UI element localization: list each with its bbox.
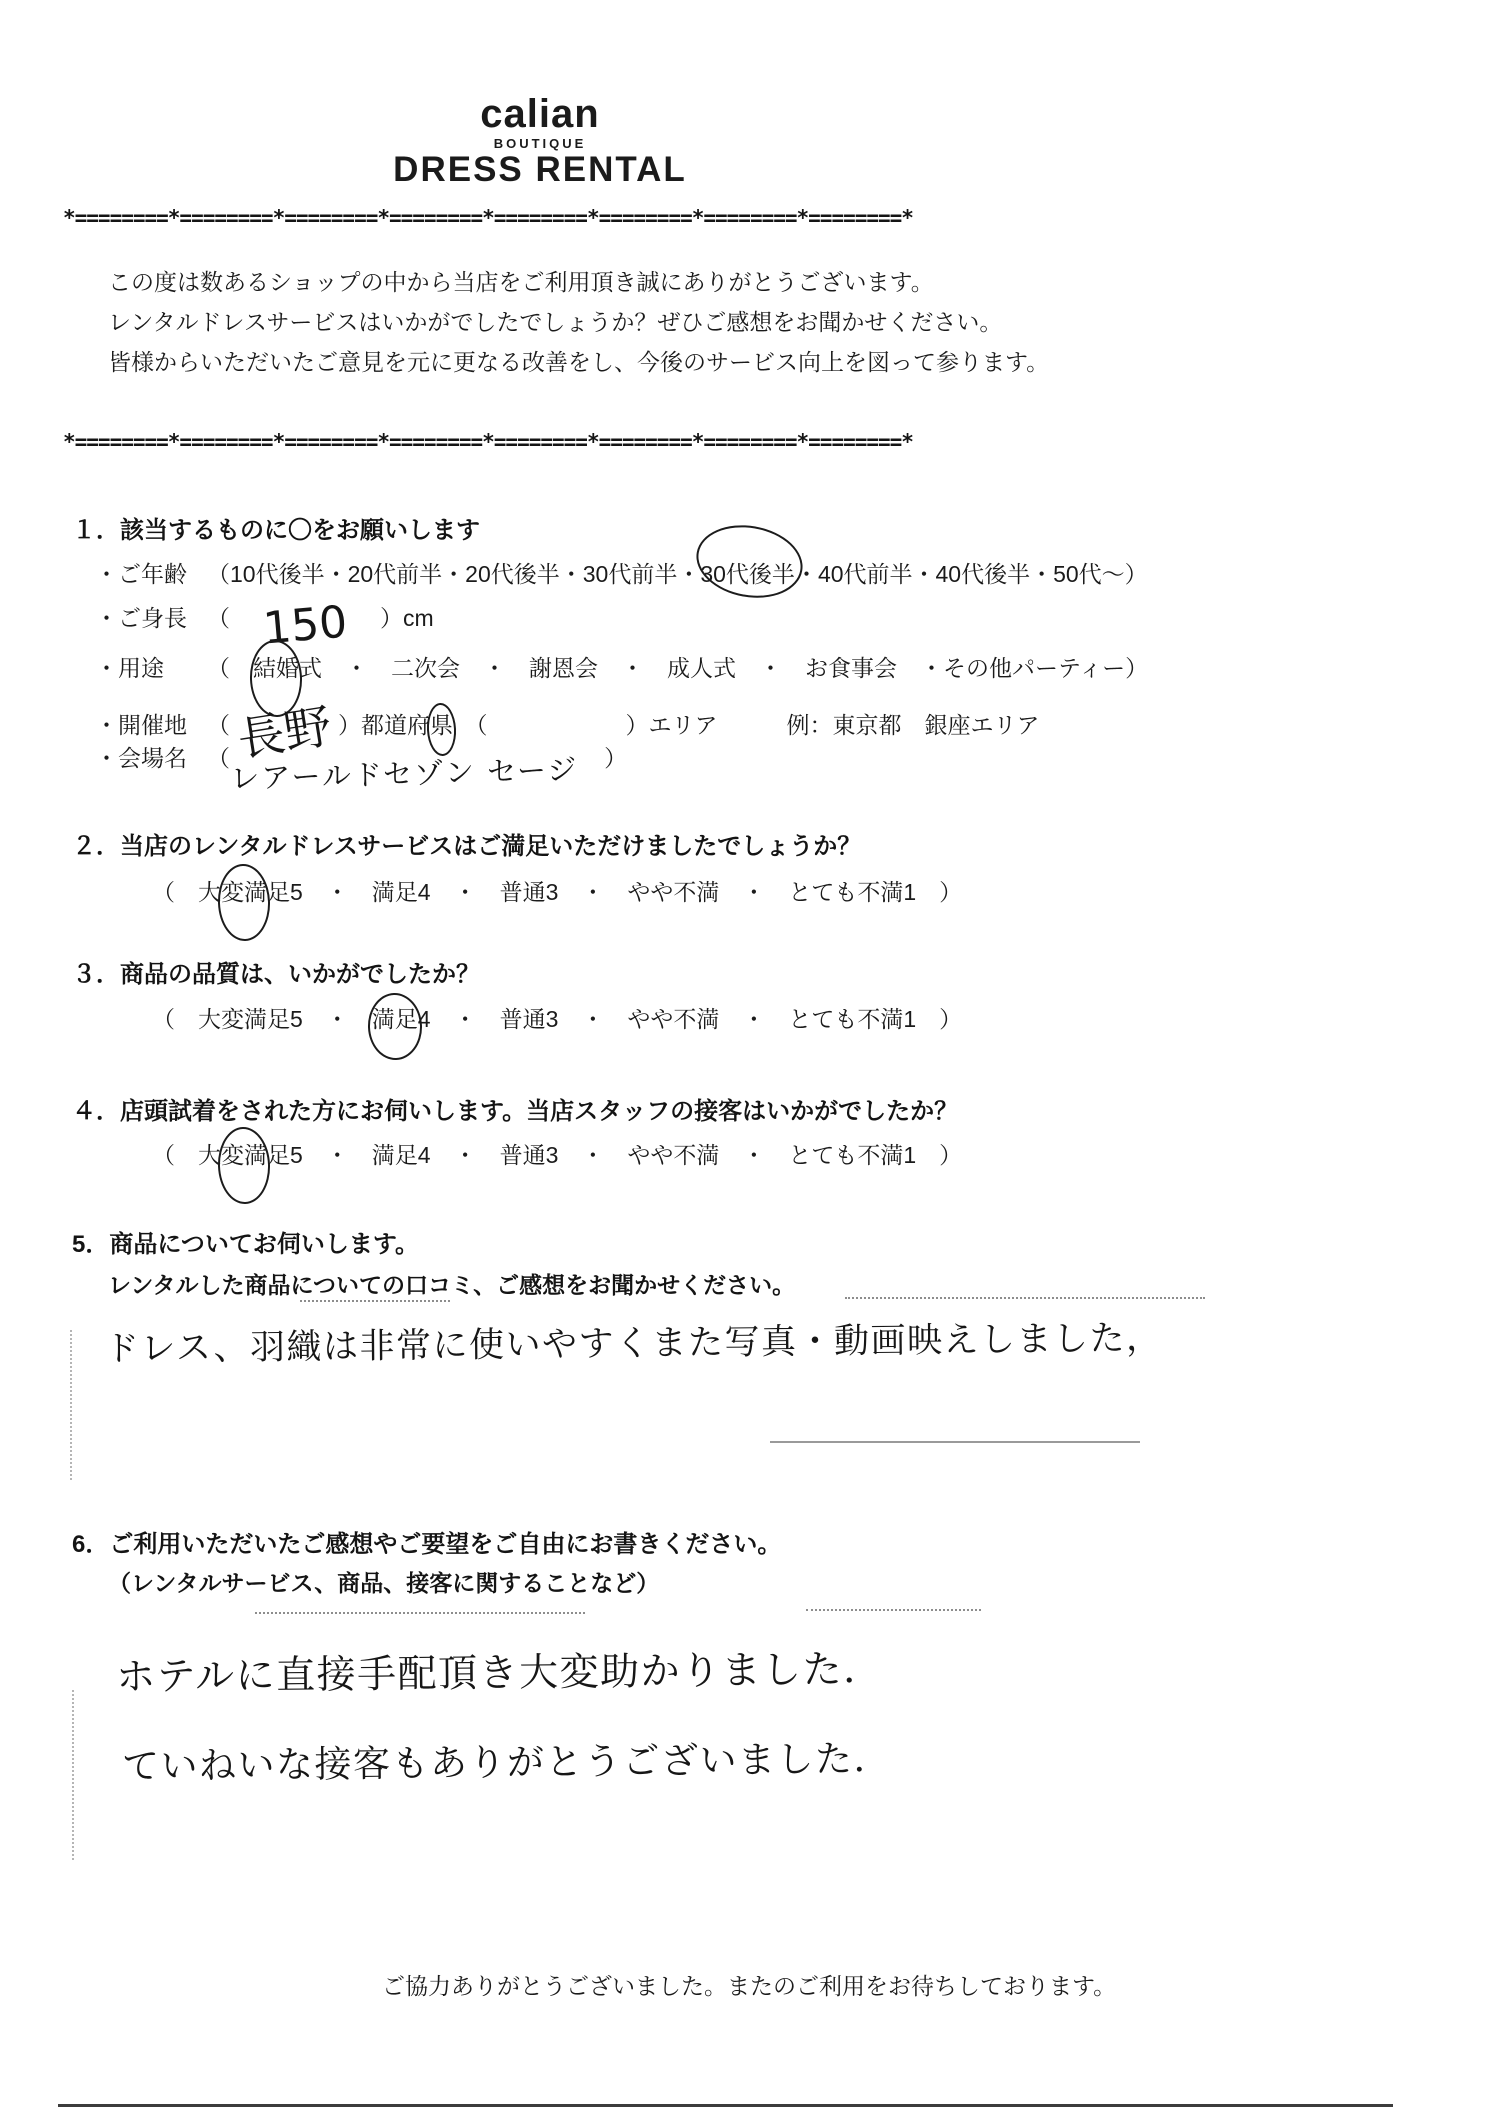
intro-line-3: 皆様からいただいたご意見を元に更なる改善をし、今後のサービス向上を図って参ります… xyxy=(108,342,1049,382)
scan-artifact-line xyxy=(300,1300,450,1302)
q4-options-row: （ 大変満足5 ・ 満足4 ・ 普通3 ・ やや不満 ・ とても不満1 ） xyxy=(152,1137,962,1170)
intro-paragraph: この度は数あるショップの中から当店をご利用頂き誠にありがとうございます。 レンタ… xyxy=(108,262,1049,382)
brand-logo: calian xyxy=(0,94,1080,134)
scan-artifact-line xyxy=(255,1612,585,1614)
q2-options-row: （ 大変満足5 ・ 満足4 ・ 普通3 ・ やや不満 ・ とても不満1 ） xyxy=(152,874,962,907)
handwritten-circle-mark: 変満 xyxy=(221,874,267,907)
handwritten-circle-mark: 満足 xyxy=(372,1001,418,1034)
text-segment: （ ）エリア 例：東京都 銀座エリア xyxy=(453,712,1040,738)
q1-purpose-options: （ 結婚式 ・ 二次会 ・ 謝恩会 ・ 成人式 ・ お食事会 ・その他パーティー… xyxy=(207,655,1148,681)
scan-artifact-line xyxy=(845,1297,1205,1299)
handwritten-circle-mark: 県 xyxy=(430,707,453,740)
q5-subtitle: レンタルした商品についての口コミ、ご感想をお聞かせください。 xyxy=(108,1267,795,1300)
handwritten-circle-mark: 30代後半 xyxy=(700,556,795,589)
text-segment: 式 ・ 二次会 ・ 謝恩会 ・ 成人式 ・ お食事会 ・その他パーティー） xyxy=(299,655,1148,681)
q1-venue-row: ・会場名（レアールドセゾン セージ） xyxy=(95,740,627,783)
scan-artifact-line xyxy=(770,1441,1140,1443)
q1-place-label: ・開催地 xyxy=(95,707,207,740)
q1-age-row: ・ご年齢（10代後半・20代前半・20代後半・30代前半・30代後半・40代前半… xyxy=(95,556,1148,589)
document-title: DRESS RENTAL xyxy=(0,152,1080,187)
scan-artifact-line xyxy=(70,1330,72,1480)
scan-edge-line xyxy=(58,2104,1393,2107)
text-segment: （ 大 xyxy=(152,1142,221,1168)
q1-age-options: （10代後半・20代前半・20代後半・30代前半・30代後半・40代前半・40代… xyxy=(207,561,1148,587)
intro-line-2: レンタルドレスサービスはいかがでしたでしょうか？ぜひご感想をお聞かせください。 xyxy=(108,302,1049,342)
handwritten-q5-answer: ドレス、羽織は非常に使いやすくまた写真・動画映えしました， xyxy=(104,1310,1163,1371)
q1-age-label: ・ご年齢 xyxy=(95,556,207,589)
text-segment: 都道府 xyxy=(361,712,430,738)
separator-line-top: *========*========*========*========*===… xyxy=(63,206,913,230)
text-segment: （ 大 xyxy=(152,879,221,905)
separator-line-bottom: *========*========*========*========*===… xyxy=(63,430,913,454)
q3-title: ３．商品の品質は、いかがでしたか？ xyxy=(72,954,480,989)
close-paren: ） xyxy=(604,745,627,771)
handwritten-q6-answer-line-1: ホテルに直接手配頂き大変助かりました． xyxy=(116,1638,884,1702)
close-paren: ） xyxy=(380,605,403,631)
scanned-questionnaire-page: calian BOUTIQUE DRESS RENTAL *========*=… xyxy=(0,0,1500,2127)
close-paren: ） xyxy=(338,712,361,738)
intro-line-1: この度は数あるショップの中から当店をご利用頂き誠にありがとうございます。 xyxy=(108,262,1049,302)
text-segment: ・40代前半・40代後半・50代～） xyxy=(795,561,1148,587)
scan-artifact-line xyxy=(72,1690,74,1860)
text-segment: （10代後半・20代前半・20代後半・30代前半・ xyxy=(207,561,700,587)
q1-height-unit: cm xyxy=(403,605,434,631)
q4-title: ４．店頭試着をされた方にお伺いします。当店スタッフの接客はいかがでしたか？ xyxy=(72,1091,958,1126)
text-segment: 4 ・ 普通3 ・ やや不満 ・ とても不満1 ） xyxy=(418,1006,962,1032)
q1-purpose-label: ・用途 xyxy=(95,650,207,683)
q1-height-row: ・ご身長（150）cm xyxy=(95,598,434,649)
text-segment: 足5 ・ 満足4 ・ 普通3 ・ やや不満 ・ とても不満1 ） xyxy=(267,1142,962,1168)
text-segment: 足5 ・ 満足4 ・ 普通3 ・ やや不満 ・ とても不満1 ） xyxy=(267,879,962,905)
q1-title: １．該当するものに〇をお願いします xyxy=(72,510,480,545)
text-segment: （ 大変満足5 ・ xyxy=(152,1006,372,1032)
brand-header: calian BOUTIQUE DRESS RENTAL xyxy=(0,94,1080,187)
q6-title: 6．ご利用いただいたご感想やご要望をご自由にお書きください。 xyxy=(72,1524,781,1559)
brand-logo-subtitle: BOUTIQUE xyxy=(0,137,1080,150)
scan-artifact-line xyxy=(806,1609,981,1611)
handwritten-circle-mark: 変満 xyxy=(221,1137,267,1170)
q1-venue-label: ・会場名 xyxy=(95,740,207,773)
q6-subtitle: （レンタルサービス、商品、接客に関することなど） xyxy=(108,1565,659,1598)
handwritten-circle-mark: 結婚 xyxy=(253,650,299,683)
text-segment: （ xyxy=(207,655,253,681)
q5-title: 5．商品についてお伺いします。 xyxy=(72,1224,419,1259)
q3-options-row: （ 大変満足5 ・ 満足4 ・ 普通3 ・ やや不満 ・ とても不満1 ） xyxy=(152,1001,962,1034)
handwritten-q6-answer-line-2: ていねいな接客もありがとうございました． xyxy=(122,1728,893,1790)
handwritten-venue-value: レアールドセゾン セージ xyxy=(230,747,579,797)
q1-height-label: ・ご身長 xyxy=(95,600,207,633)
closing-message: ご協力ありがとうございました。またのご利用をお待ちしております。 xyxy=(382,1968,1116,2001)
open-paren: （ xyxy=(207,605,230,631)
open-paren: （ xyxy=(207,745,230,771)
handwritten-height-value: 150 xyxy=(228,594,382,658)
q1-purpose-row: ・用途（ 結婚式 ・ 二次会 ・ 謝恩会 ・ 成人式 ・ お食事会 ・その他パー… xyxy=(95,650,1148,683)
q1-place-suffix: 都道府県 （ ）エリア 例：東京都 銀座エリア xyxy=(361,712,1040,738)
q2-title: ２．当店のレンタルドレスサービスはご満足いただけましたでしょうか？ xyxy=(72,826,861,861)
